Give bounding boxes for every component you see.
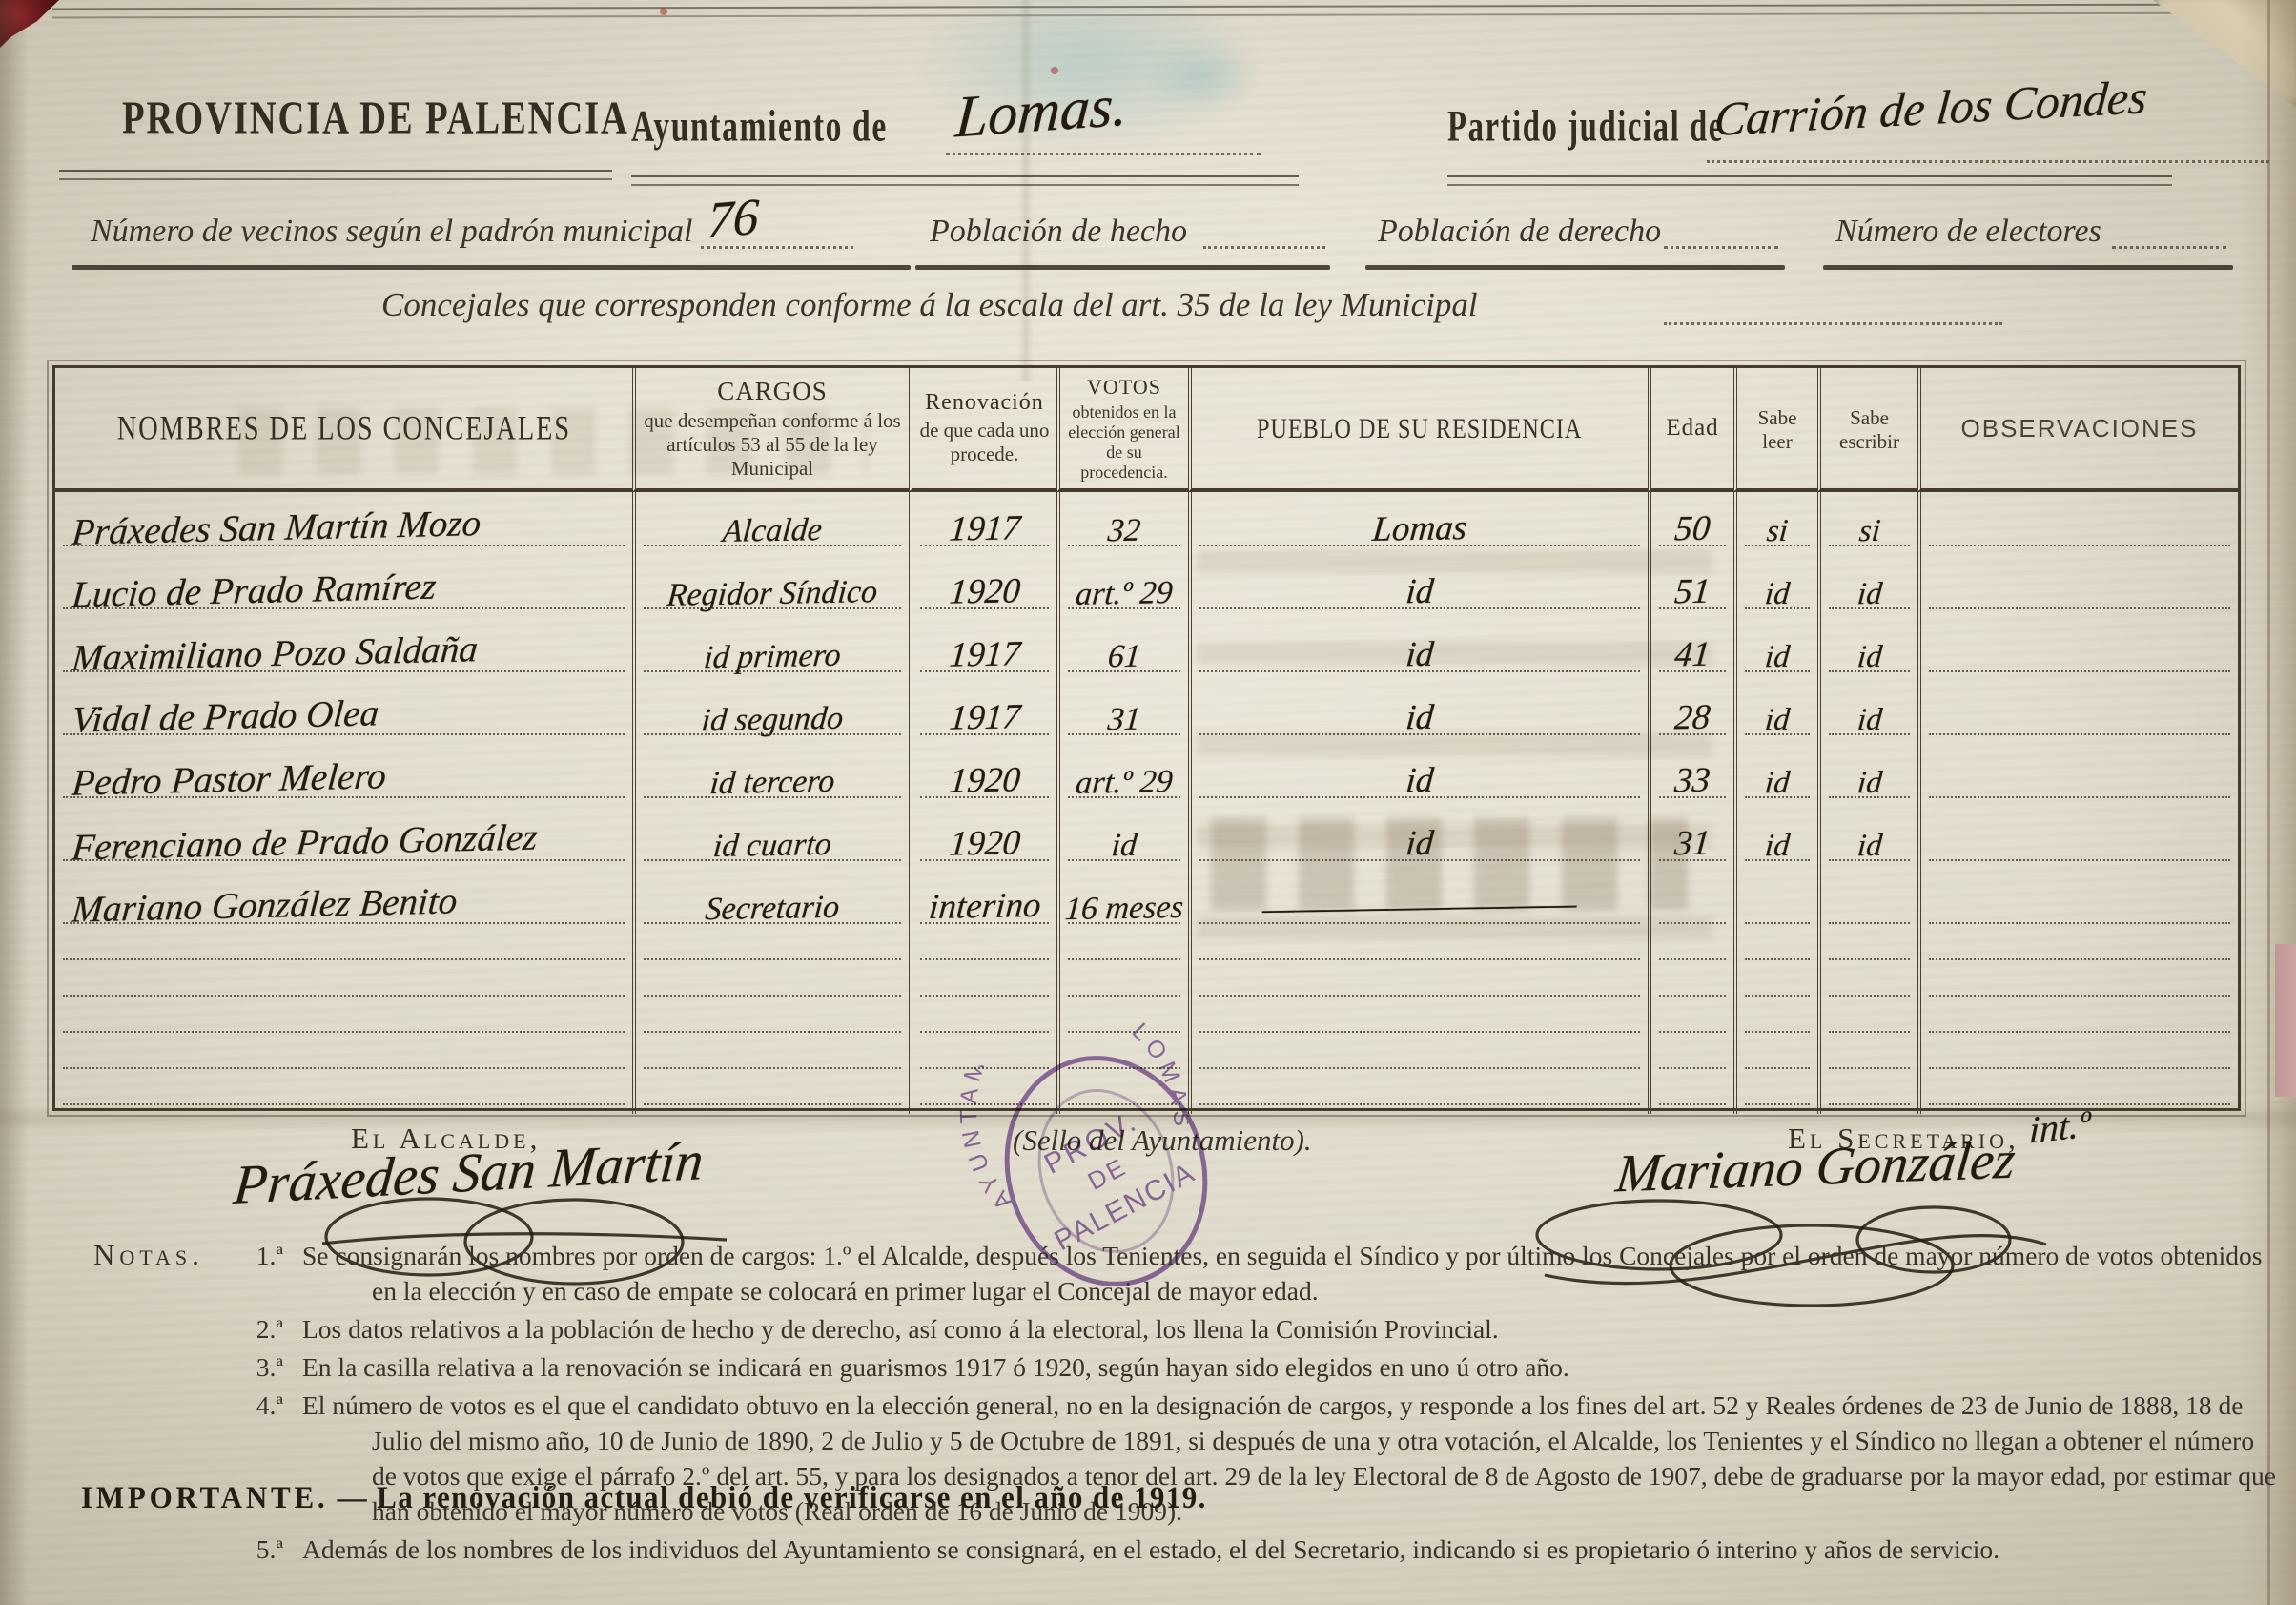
dotted-line bbox=[2112, 217, 2226, 249]
cell-nombre: Pedro Pastor Melero bbox=[55, 744, 632, 807]
cell-renovacion: 1917 bbox=[909, 618, 1056, 681]
cell-sabe-leer bbox=[1733, 1041, 1817, 1078]
cell-votos bbox=[1056, 933, 1188, 969]
cell-cargo bbox=[632, 1041, 909, 1078]
cell-pueblo bbox=[1188, 1078, 1648, 1114]
cell-nombre: Práxedes San Martín Mozo bbox=[55, 492, 632, 555]
cell-sabe-escribir: id bbox=[1817, 807, 1917, 870]
cell-nombre: Maximiliano Pozo Saldaña bbox=[55, 618, 632, 681]
cell-observaciones bbox=[1917, 933, 2238, 969]
header-nombres: NOMBRES DE LOS CONCEJALES bbox=[55, 368, 632, 492]
cell-renovacion: 1920 bbox=[909, 807, 1056, 870]
cell-cargo: Alcalde bbox=[632, 492, 909, 555]
rule bbox=[631, 175, 1299, 186]
rule bbox=[72, 265, 911, 270]
cell-votos: 61 bbox=[1056, 618, 1188, 681]
poblacion-hecho-label: Población de hecho bbox=[930, 214, 1187, 250]
cell-nombre bbox=[55, 933, 632, 969]
cell-sabe-escribir bbox=[1817, 870, 1917, 933]
cell-pueblo bbox=[1188, 933, 1648, 969]
cell-edad: 41 bbox=[1648, 618, 1733, 681]
cell-cargo bbox=[632, 969, 909, 1005]
cell-observaciones bbox=[1917, 744, 2238, 807]
cell-votos bbox=[1056, 969, 1188, 1005]
cell-sabe-leer: id bbox=[1733, 807, 1817, 870]
cell-pueblo: id bbox=[1188, 618, 1648, 681]
notas-label: Notas. bbox=[93, 1238, 204, 1272]
electores-label: Número de electores bbox=[1835, 214, 2101, 250]
cell-cargo: id segundo bbox=[632, 681, 909, 744]
importante-line: IMPORTANTE. — La renovación actual debió… bbox=[81, 1481, 1207, 1516]
dotted-line bbox=[1203, 217, 1325, 249]
cell-sabe-escribir: id bbox=[1817, 555, 1917, 618]
importante-text: — La renovación actual debió de verifica… bbox=[338, 1481, 1207, 1515]
cell-nombre: Ferenciano de Prado González bbox=[55, 807, 632, 870]
cell-edad bbox=[1648, 969, 1733, 1005]
note-item: 2.ªLos datos relativos a la población de… bbox=[215, 1311, 2284, 1347]
municipality-label: Ayuntamiento de bbox=[631, 101, 888, 153]
poblacion-derecho-label: Población de derecho bbox=[1378, 214, 1661, 250]
cell-pueblo bbox=[1188, 969, 1648, 1005]
importante-label: IMPORTANTE. bbox=[81, 1481, 328, 1515]
cell-sabe-leer: si bbox=[1733, 492, 1817, 555]
cell-sabe-leer bbox=[1733, 1078, 1817, 1114]
cell-nombre: Mariano González Benito bbox=[55, 870, 632, 933]
cell-votos: id bbox=[1056, 807, 1188, 870]
cell-pueblo: Lomas bbox=[1188, 492, 1648, 555]
cell-renovacion bbox=[909, 969, 1056, 1005]
cell-sabe-leer: id bbox=[1733, 555, 1817, 618]
header-renovacion: Renovación de que cada uno procede. bbox=[909, 368, 1056, 492]
concejales-table: NOMBRES DE LOS CONCEJALES CARGOS que des… bbox=[52, 365, 2241, 1111]
cell-edad bbox=[1648, 1078, 1733, 1114]
cell-votos: art.º 29 bbox=[1056, 744, 1188, 807]
cell-edad bbox=[1648, 1041, 1733, 1078]
cell-pueblo bbox=[1188, 1041, 1648, 1078]
escala-note: Concejales que corresponden conforme á l… bbox=[381, 286, 1478, 324]
cell-sabe-leer bbox=[1733, 870, 1817, 933]
cell-cargo: id cuarto bbox=[632, 807, 909, 870]
cell-pueblo: id bbox=[1188, 681, 1648, 744]
header-sabe-leer: Sabe leer bbox=[1733, 368, 1817, 492]
cell-sabe-escribir: id bbox=[1817, 681, 1917, 744]
cell-pueblo: id bbox=[1188, 807, 1648, 870]
cell-edad bbox=[1648, 870, 1733, 933]
vecinos-label: Número de vecinos según el padrón munici… bbox=[91, 214, 692, 250]
cell-observaciones bbox=[1917, 555, 2238, 618]
rule bbox=[915, 265, 1330, 270]
cell-sabe-escribir: id bbox=[1817, 618, 1917, 681]
header-cargos: CARGOS que desempeñan conforme á los art… bbox=[632, 368, 909, 492]
cell-cargo: id tercero bbox=[632, 744, 909, 807]
cell-edad: 31 bbox=[1648, 807, 1733, 870]
cell-renovacion: 1920 bbox=[909, 744, 1056, 807]
cell-pueblo: —————————— bbox=[1188, 870, 1648, 933]
left-paper-edge bbox=[0, 0, 29, 1605]
cell-observaciones bbox=[1917, 807, 2238, 870]
cell-sabe-escribir bbox=[1817, 1078, 1917, 1114]
cell-pueblo bbox=[1188, 1005, 1648, 1041]
dotted-line bbox=[1664, 217, 1778, 249]
cell-observaciones bbox=[1917, 870, 2238, 933]
cell-sabe-escribir bbox=[1817, 933, 1917, 969]
judicial-district-label: Partido judicial de bbox=[1447, 101, 1724, 153]
cell-cargo: id primero bbox=[632, 618, 909, 681]
cell-sabe-leer bbox=[1733, 969, 1817, 1005]
cell-cargo: Regidor Síndico bbox=[632, 555, 909, 618]
cell-edad: 50 bbox=[1648, 492, 1733, 555]
ink-stain bbox=[1144, 38, 1259, 114]
dotted-line bbox=[1707, 130, 2269, 163]
cell-votos: 31 bbox=[1056, 681, 1188, 744]
cell-sabe-leer: id bbox=[1733, 618, 1817, 681]
cell-pueblo: id bbox=[1188, 744, 1648, 807]
cell-votos: 32 bbox=[1056, 492, 1188, 555]
header-observaciones: OBSERVACIONES bbox=[1917, 368, 2238, 492]
cell-cargo bbox=[632, 1078, 909, 1114]
cell-sabe-leer bbox=[1733, 1005, 1817, 1041]
cell-cargo bbox=[632, 1005, 909, 1041]
cell-observaciones bbox=[1917, 1005, 2238, 1041]
cell-observaciones bbox=[1917, 618, 2238, 681]
rule bbox=[59, 170, 612, 180]
scanned-municipal-form: PROVINCIA DE PALENCIA Ayuntamiento de Lo… bbox=[0, 0, 2296, 1605]
cell-sabe-escribir bbox=[1817, 969, 1917, 1005]
cell-sabe-leer: id bbox=[1733, 744, 1817, 807]
rule bbox=[1447, 175, 2172, 186]
binding-scrap bbox=[2275, 944, 2296, 1097]
cell-edad bbox=[1648, 933, 1733, 969]
dotted-line bbox=[701, 217, 853, 249]
dotted-line bbox=[946, 122, 1261, 155]
cell-sabe-leer: id bbox=[1733, 681, 1817, 744]
cell-edad: 33 bbox=[1648, 744, 1733, 807]
province-title: PROVINCIA DE PALENCIA bbox=[122, 93, 629, 145]
cell-renovacion: 1917 bbox=[909, 681, 1056, 744]
cell-sabe-escribir: id bbox=[1817, 744, 1917, 807]
header-sabe-escribir: Sabe escribir bbox=[1817, 368, 1917, 492]
rule bbox=[1823, 265, 2233, 270]
header-nombres-label: NOMBRES DE LOS CONCEJALES bbox=[116, 408, 570, 447]
note-item: 3.ªEn la casilla relativa a la renovació… bbox=[215, 1349, 2284, 1385]
cell-renovacion: 1920 bbox=[909, 555, 1056, 618]
red-speck bbox=[1051, 67, 1058, 74]
cell-votos: art.º 29 bbox=[1056, 555, 1188, 618]
cell-observaciones bbox=[1917, 681, 2238, 744]
cell-sabe-escribir: si bbox=[1817, 492, 1917, 555]
dotted-line bbox=[1664, 294, 2002, 325]
header-votos: VOTOS obtenidos en la elección general d… bbox=[1056, 368, 1188, 492]
cell-renovacion: 1917 bbox=[909, 492, 1056, 555]
notas-list: 1.ªSe consignarán los nombres por orden … bbox=[215, 1238, 2284, 1570]
cell-renovacion bbox=[909, 933, 1056, 969]
cell-sabe-leer bbox=[1733, 933, 1817, 969]
cell-observaciones bbox=[1917, 492, 2238, 555]
cell-sabe-escribir bbox=[1817, 1041, 1917, 1078]
cell-nombre bbox=[55, 969, 632, 1005]
cell-nombre: Lucio de Prado Ramírez bbox=[55, 555, 632, 618]
note-item: 5.ªAdemás de los nombres de los individu… bbox=[215, 1532, 2284, 1567]
cell-nombre bbox=[55, 1041, 632, 1078]
header-pueblo: PUEBLO DE SU RESIDENCIA bbox=[1188, 368, 1648, 492]
header-edad: Edad bbox=[1648, 368, 1733, 492]
cell-nombre bbox=[55, 1005, 632, 1041]
cell-renovacion bbox=[909, 1005, 1056, 1041]
red-speck bbox=[660, 8, 667, 15]
cell-cargo bbox=[632, 933, 909, 969]
cell-nombre: Vidal de Prado Olea bbox=[55, 681, 632, 744]
cell-nombre bbox=[55, 1078, 632, 1114]
cell-pueblo: id bbox=[1188, 555, 1648, 618]
secretario-interino-note: int.º bbox=[2028, 1101, 2091, 1152]
cell-edad: 51 bbox=[1648, 555, 1733, 618]
cell-cargo: Secretario bbox=[632, 870, 909, 933]
cell-sabe-escribir bbox=[1817, 1005, 1917, 1041]
cell-edad: 28 bbox=[1648, 681, 1733, 744]
rule bbox=[1365, 265, 1785, 270]
cell-observaciones bbox=[1917, 1041, 2238, 1078]
cell-observaciones bbox=[1917, 969, 2238, 1005]
note-item: 1.ªSe consignarán los nombres por orden … bbox=[215, 1238, 2284, 1308]
cell-renovacion: interino bbox=[909, 870, 1056, 933]
cell-votos: 16 meses bbox=[1056, 870, 1188, 933]
cell-edad bbox=[1648, 1005, 1733, 1041]
